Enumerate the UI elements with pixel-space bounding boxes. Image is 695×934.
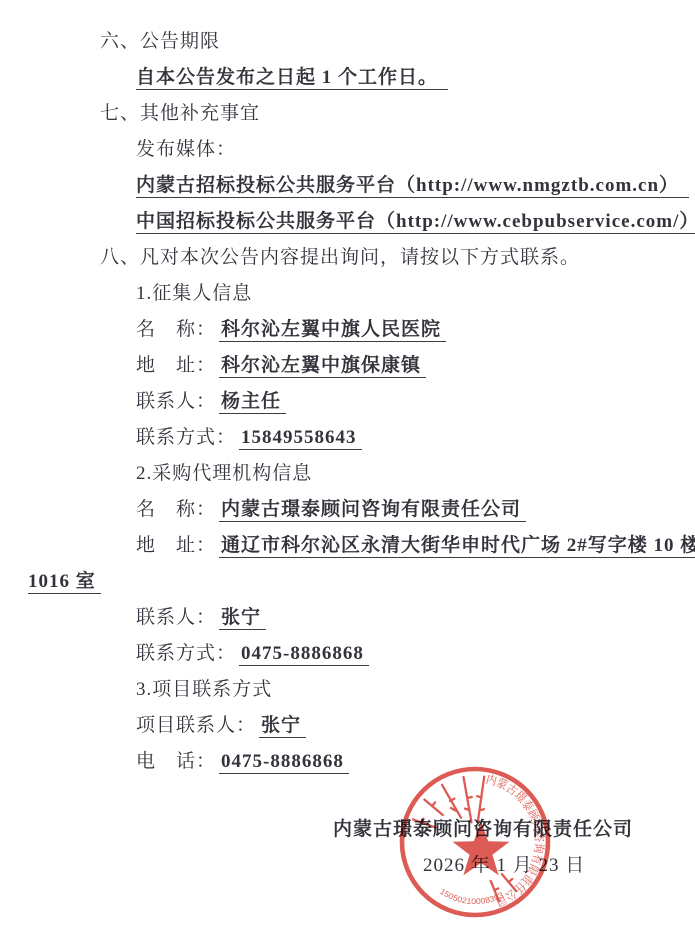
field-label: 联系人： [136, 391, 216, 412]
announcement-period-value: 自本公告发布之日起 1 个工作日。 [136, 67, 448, 90]
field-project-phone: 电 话：0475-8886868 [0, 744, 695, 780]
field-value: 0475-8886868 [239, 643, 369, 666]
field-value: 科尔沁左翼中旗保康镇 [219, 355, 426, 378]
field-value: 张宁 [259, 715, 306, 738]
field-label: 项目联系人： [136, 715, 256, 736]
field-label: 联系人： [136, 607, 216, 628]
field-value: 内蒙古璟泰顾问咨询有限责任公司 [219, 499, 526, 522]
media-platform-line-2: 中国招标投标公共服务平台（http://www.cebpubservice.co… [0, 204, 695, 240]
signature-date: 2026 年 1 月 23 日 [0, 848, 695, 884]
field-collector-name: 名 称：科尔沁左翼中旗人民医院 [0, 312, 695, 348]
field-value: 0475-8886868 [219, 751, 349, 774]
media-platform-line-1: 内蒙古招标投标公共服务平台（http://www.nmgztb.com.cn） [0, 168, 695, 204]
field-label: 联系方式： [136, 643, 236, 664]
media-label: 发布媒体： [0, 132, 695, 168]
field-collector-contact: 联系人：杨主任 [0, 384, 695, 420]
section-6-heading: 六、公告期限 [0, 24, 695, 60]
section-8-heading: 八、凡对本次公告内容提出询问，请按以下方式联系。 [0, 240, 695, 276]
section-7-heading: 七、其他补充事宜 [0, 96, 695, 132]
group-2-title: 2.采购代理机构信息 [0, 456, 695, 492]
field-label: 名 称： [136, 319, 216, 340]
media-platform-2: 中国招标投标公共服务平台（http://www.cebpubservice.co… [136, 211, 695, 234]
field-label: 名 称： [136, 499, 216, 520]
field-label: 地 址： [136, 355, 216, 376]
field-label: 联系方式： [136, 427, 236, 448]
field-agency-address: 地 址：通辽市科尔沁区永清大街华申时代广场 2#写字楼 10 楼 [0, 528, 695, 564]
field-project-contact: 项目联系人：张宁 [0, 708, 695, 744]
field-label: 电 话： [136, 751, 216, 772]
field-value: 1016 室 [28, 571, 101, 594]
group-1-title: 1.征集人信息 [0, 276, 695, 312]
field-agency-phone: 联系方式：0475-8886868 [0, 636, 695, 672]
field-value: 杨主任 [219, 391, 286, 414]
field-value: 科尔沁左翼中旗人民医院 [219, 319, 446, 342]
field-value: 张宁 [219, 607, 266, 630]
document-body: 六、公告期限 自本公告发布之日起 1 个工作日。 七、其他补充事宜 发布媒体： … [0, 0, 695, 884]
document-page: 六、公告期限 自本公告发布之日起 1 个工作日。 七、其他补充事宜 发布媒体： … [0, 0, 695, 934]
field-value: 15849558643 [239, 427, 362, 450]
group-3-title: 3.项目联系方式 [0, 672, 695, 708]
field-collector-address: 地 址：科尔沁左翼中旗保康镇 [0, 348, 695, 384]
signature-block: 内蒙古璟泰顾问咨询有限责任公司 2026 年 1 月 23 日 [0, 812, 695, 884]
field-agency-address-continued: 1016 室 [0, 564, 695, 600]
announcement-period-line: 自本公告发布之日起 1 个工作日。 [0, 60, 695, 96]
field-label: 地 址： [136, 535, 216, 556]
field-value: 通辽市科尔沁区永清大街华申时代广场 2#写字楼 10 楼 [219, 535, 695, 558]
svg-text:15050210008393: 15050210008393 [438, 887, 505, 906]
signature-company: 内蒙古璟泰顾问咨询有限责任公司 [0, 812, 695, 848]
seal-number-text: 15050210008393 [438, 887, 505, 906]
media-platform-1: 内蒙古招标投标公共服务平台（http://www.nmgztb.com.cn） [136, 175, 689, 198]
field-agency-contact: 联系人：张宁 [0, 600, 695, 636]
field-agency-name: 名 称：内蒙古璟泰顾问咨询有限责任公司 [0, 492, 695, 528]
field-collector-phone: 联系方式：15849558643 [0, 420, 695, 456]
